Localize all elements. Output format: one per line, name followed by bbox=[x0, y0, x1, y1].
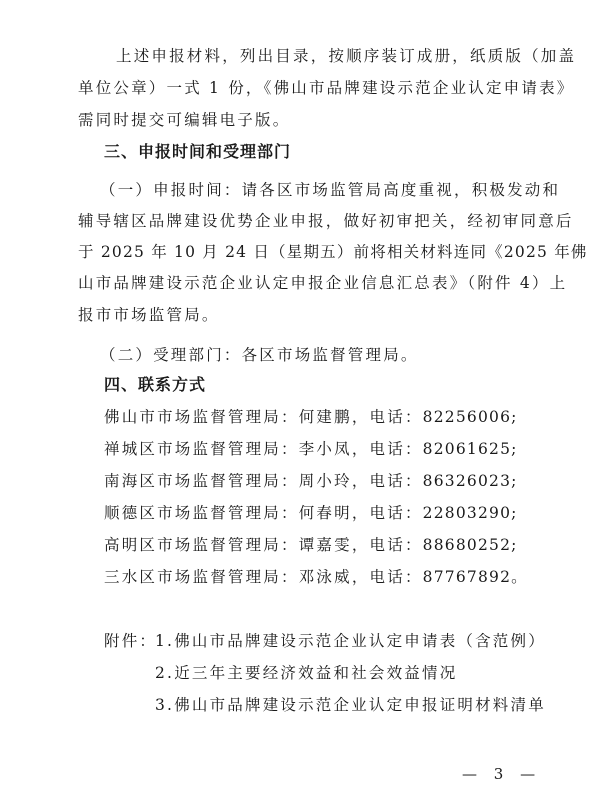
contact-phone: 87767892 bbox=[423, 568, 512, 586]
contact-row: 三水区市场监督管理局：邓泳威，电话：87767892。 bbox=[104, 567, 529, 587]
paragraph-line: （一）申报时间：请各区市场监管局高度重视，积极发动和 bbox=[100, 180, 560, 200]
contact-name: 李小凤 bbox=[299, 440, 352, 458]
contact-phone: 86326023 bbox=[423, 472, 512, 490]
contact-phone: 82061625 bbox=[423, 440, 512, 458]
contact-row: 佛山市市场监督管理局：何建鹏，电话：82256006; bbox=[104, 407, 519, 427]
paragraph-line: 山市品牌建设示范企业认定申报企业信息汇总表》（附件 4）上 bbox=[78, 273, 567, 293]
contact-row: 高明区市场监督管理局：谭嘉雯，电话：88680252; bbox=[104, 535, 519, 555]
contact-org: 高明区市场监督管理局 bbox=[104, 536, 281, 554]
contact-phone-label: 电话 bbox=[370, 504, 405, 522]
contact-org: 禅城区市场监督管理局 bbox=[104, 440, 281, 458]
attachment-item: 1.佛山市品牌建设示范企业认定申请表（含范例） bbox=[155, 631, 546, 651]
paragraph-line: 需同时提交可编辑电子版。 bbox=[78, 110, 290, 130]
contact-org: 南海区市场监督管理局 bbox=[104, 472, 281, 490]
contact-phone: 22803290 bbox=[423, 504, 512, 522]
contact-name: 何春明 bbox=[299, 504, 352, 522]
contact-row: 顺德区市场监督管理局：何春明，电话：22803290; bbox=[104, 503, 519, 523]
contact-name: 周小玲 bbox=[299, 472, 352, 490]
contact-name: 邓泳威 bbox=[299, 568, 352, 586]
contact-phone-label: 电话 bbox=[370, 408, 405, 426]
contact-phone: 88680252 bbox=[423, 536, 512, 554]
contact-phone-label: 电话 bbox=[370, 568, 405, 586]
contact-org: 佛山市市场监督管理局 bbox=[104, 408, 281, 426]
page-number: — 3 — bbox=[462, 765, 541, 783]
paragraph-line: 上述申报材料，列出目录，按顺序装订成册，纸质版（加盖 bbox=[116, 46, 576, 66]
paragraph-line: 单位公章）一式 1 份，《佛山市品牌建设示范企业认定申请表》 bbox=[78, 78, 574, 98]
contact-name: 谭嘉雯 bbox=[299, 536, 352, 554]
section-heading-4: 四、联系方式 bbox=[104, 375, 206, 395]
contact-phone: 82256006 bbox=[423, 408, 512, 426]
paragraph-line: 报市市场监管局。 bbox=[78, 305, 220, 325]
paragraph-line: （二）受理部门：各区市场监督管理局。 bbox=[100, 345, 419, 365]
section-heading-3: 三、申报时间和受理部门 bbox=[104, 142, 291, 162]
contact-phone-label: 电话 bbox=[370, 472, 405, 490]
contact-phone-label: 电话 bbox=[370, 536, 405, 554]
contact-name: 何建鹏 bbox=[299, 408, 352, 426]
contact-org: 顺德区市场监督管理局 bbox=[104, 504, 281, 522]
attachments-label: 附件： bbox=[104, 631, 157, 651]
attachment-item: 3.佛山市品牌建设示范企业认定申报证明材料清单 bbox=[155, 695, 546, 715]
contact-org: 三水区市场监督管理局 bbox=[104, 568, 281, 586]
contact-phone-label: 电话 bbox=[370, 440, 405, 458]
paragraph-line: 辅导辖区品牌建设优势企业申报，做好初审把关，经初审同意后 bbox=[78, 211, 574, 231]
contact-row: 南海区市场监督管理局：周小玲，电话：86326023; bbox=[104, 471, 519, 491]
paragraph-line: 于 2025 年 10 月 24 日（星期五）前将相关材料连同《2025 年佛 bbox=[78, 242, 588, 262]
attachment-item: 2.近三年主要经济效益和社会效益情况 bbox=[155, 663, 457, 683]
contact-row: 禅城区市场监督管理局：李小凤，电话：82061625; bbox=[104, 439, 519, 459]
